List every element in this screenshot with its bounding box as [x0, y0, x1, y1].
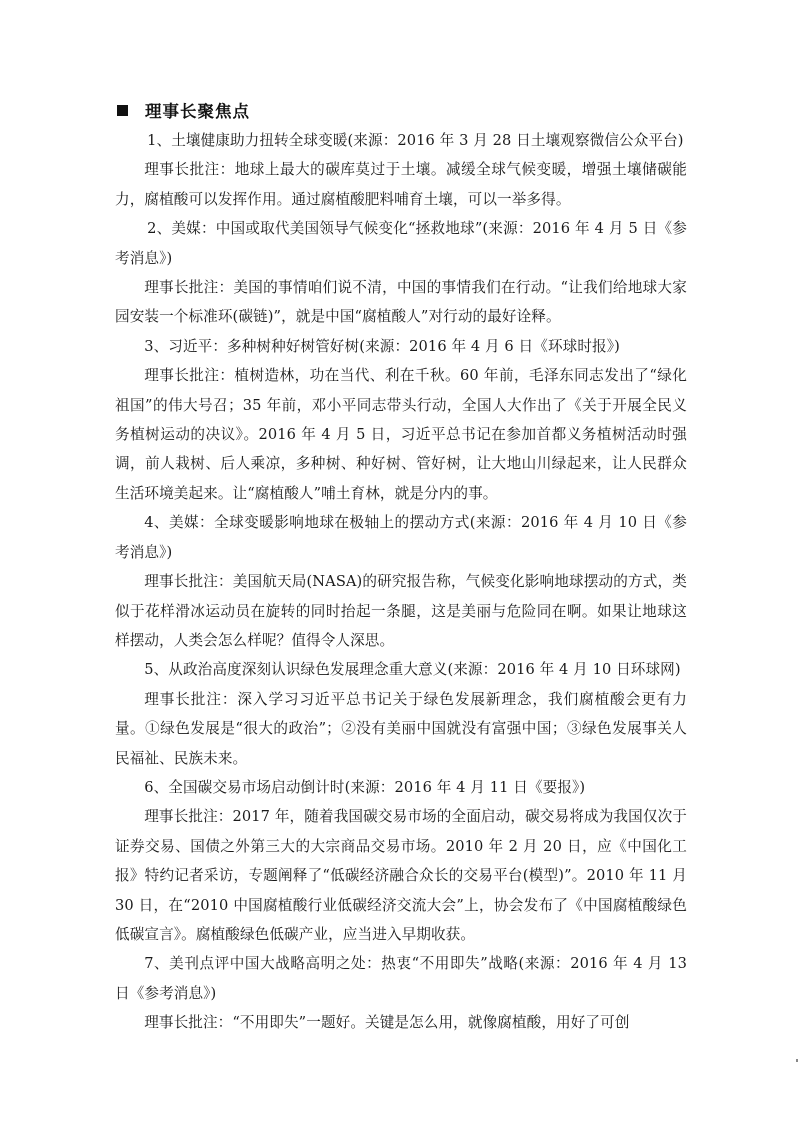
item-1-headline: 1、土壤健康助力扭转全球变暖(来源：2016 年 3 月 28 日土壤观察微信公… [115, 126, 687, 155]
item-3-headline: 3、习近平：多种树种好树管好树(来源：2016 年 4 月 6 日《环球时报》) [115, 332, 687, 361]
black-square-icon [117, 105, 128, 116]
item-1-comment: 理事长批注：地球上最大的碳库莫过于土壤。减缓全球气候变暖，增强土壤储碳能力，腐植… [115, 155, 687, 214]
item-4-comment: 理事长批注：美国航天局(NASA)的研究报告称，气候变化影响地球摆动的方式，类似… [115, 567, 687, 655]
section-title: 理事长聚焦点 [145, 98, 250, 122]
item-6-headline: 6、全国碳交易市场启动倒计时(来源：2016 年 4 月 11 日《要报》) [115, 773, 687, 802]
section-heading: 理事长聚焦点 [115, 96, 687, 124]
item-3-comment: 理事长批注：植树造林，功在当代、利在千秋。60 年前，毛泽东同志发出了“绿化祖国… [115, 361, 687, 508]
item-6-comment: 理事长批注：2017 年，随着我国碳交易市场的全面启动，碳交易将成为我国仅次于证… [115, 802, 687, 949]
scan-artifact-dot [796, 1059, 798, 1062]
item-5-comment: 理事长批注：深入学习习近平总书记关于绿色发展新理念，我们腐植酸会更有力量。①绿色… [115, 685, 687, 773]
item-5-headline: 5、从政治高度深刻认识绿色发展理念重大意义(来源：2016 年 4 月 10 日… [115, 655, 687, 684]
item-2-comment: 理事长批注：美国的事情咱们说不清，中国的事情我们在行动。“让我们给地球大家园安装… [115, 273, 687, 332]
item-7-headline: 7、美刊点评中国大战略高明之处：热衷“不用即失”战略(来源：2016 年 4 月… [115, 949, 687, 1008]
item-4-headline: 4、美媒：全球变暖影响地球在极轴上的摆动方式(来源：2016 年 4 月 10 … [115, 508, 687, 567]
item-7-comment: 理事长批注：“不用即失”一题好。关键是怎么用，就像腐植酸，用好了可创 [115, 1008, 687, 1037]
item-2-headline: 2、美媒：中国或取代美国领导气候变化“拯救地球”(来源：2016 年 4 月 5… [115, 214, 687, 273]
document-page: 理事长聚焦点 1、土壤健康助力扭转全球变暖(来源：2016 年 3 月 28 日… [115, 96, 687, 1038]
